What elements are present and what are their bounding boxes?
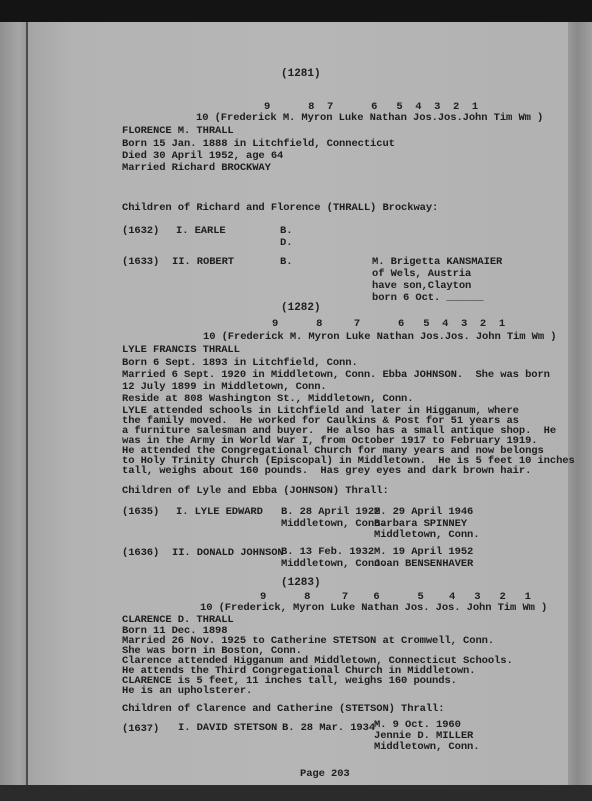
children-heading: Children of Lyle and Ebba (JOHNSON) Thra… (122, 485, 389, 498)
detail-line: tall, weighs about 160 pounds. Has grey … (122, 465, 531, 478)
detail-line: He is an upholsterer. (122, 685, 252, 698)
child-ref: (1632) (122, 225, 159, 238)
scan-top-border (0, 0, 592, 22)
lineage-line: 10 (Frederick, Myron Luke Nathan Jos. Jo… (200, 602, 547, 615)
children-heading: Children of Clarence and Catherine (STET… (122, 703, 444, 716)
child-name: I. EARLE (176, 225, 226, 238)
facing-page-edge (0, 22, 27, 785)
child-name: II. DONALD JOHNSON (172, 547, 284, 560)
child-birth: Middletown, Conn. (281, 518, 386, 531)
entry-ref: (1281) (281, 68, 321, 80)
child-birth: B. (280, 256, 292, 269)
child-death: D. (280, 237, 292, 250)
child-marriage: born 6 Oct. ______ (372, 292, 484, 305)
person-name: FLORENCE M. THRALL (122, 125, 234, 138)
entry-ref: (1282) (281, 302, 321, 314)
lineage-line: 10 (Frederick M. Myron Luke Nathan Jos.J… (196, 112, 543, 125)
child-ref: (1637) (122, 723, 159, 736)
child-name: I. DAVID STETSON (178, 722, 277, 735)
child-name: I. LYLE EDWARD (176, 506, 263, 519)
child-ref: (1635) (122, 506, 159, 519)
detail-line: Married Richard BROCKWAY (122, 162, 271, 175)
scan-bottom-border (0, 785, 592, 801)
child-ref: (1636) (122, 547, 159, 560)
entry-ref: (1283) (281, 577, 321, 589)
person-name: LYLE FRANCIS THRALL (122, 344, 240, 357)
child-birth: Middletown, Conn. (281, 558, 386, 571)
child-marriage: Middletown, Conn. (374, 741, 479, 754)
children-heading: Children of Richard and Florence (THRALL… (122, 202, 438, 215)
child-ref: (1633) (122, 256, 159, 269)
child-marriage: Middletown, Conn. (374, 529, 479, 542)
child-marriage: Joan BENSENHAVER (374, 558, 473, 571)
child-birth: B. 28 Mar. 1934 (282, 722, 375, 735)
genealogy-page: (1281) 9 8 7 6 5 4 3 2 1 10 (Frederick M… (28, 22, 568, 785)
lineage-line: 10 (Frederick M. Myron Luke Nathan Jos.J… (203, 331, 556, 344)
generation-numbers: 9 8 7 6 5 4 3 2 1 (272, 318, 505, 330)
child-name: II. ROBERT (172, 256, 234, 269)
page-number: Page 203 (300, 768, 350, 781)
page-stack-edge (568, 22, 592, 785)
